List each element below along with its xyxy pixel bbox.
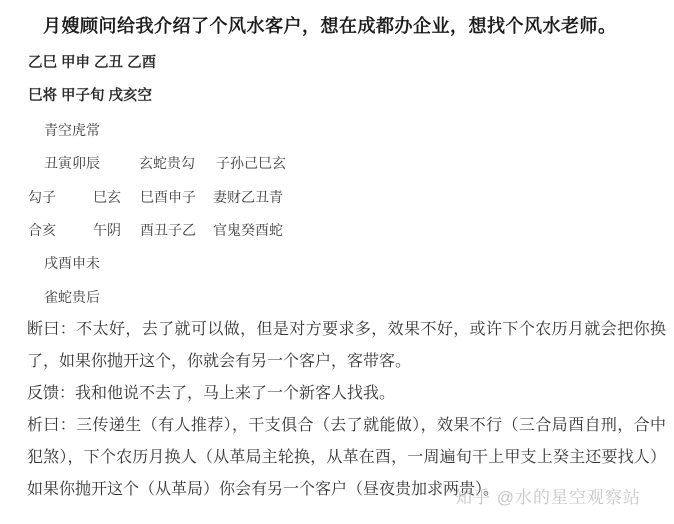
plate-row-generals-bottom: 雀蛇贵后 (0, 281, 674, 314)
question-title: 月嫂顾问给我介绍了个风水客户，想在成都办企业，想找个风水老师。 (28, 11, 652, 41)
plate-row-branches-bottom: 戌酉申未 (0, 247, 674, 280)
plate-row-generals-top: 青空虎常 (0, 114, 674, 147)
plate-cell: 雀蛇贵后 (44, 281, 100, 314)
plate-cell: 巳酉申子 (140, 181, 196, 214)
xun-kong-line: 巳将 甲子旬 戌亥空 (28, 80, 674, 113)
feedback-paragraph: 反馈：我和他说不去了，马上来了一个新客人找我。 (27, 378, 666, 410)
article-page: 月嫂顾问给我介绍了个风水客户，想在成都办企业，想找个风水老师。 乙巳 甲申 乙丑… (0, 11, 674, 506)
plate-cell: 合亥 (28, 214, 56, 247)
analysis-paragraph: 析曰：三传递生（有人推荐），干支俱合（去了就能做），效果不行（三合局酉自刑，合中… (27, 410, 666, 506)
plate-cell: 巳玄 (93, 181, 121, 214)
plate-row-middle-1: 勾子 巳玄 巳酉申子 妻财乙丑青 (0, 181, 674, 214)
plate-cell: 妻财乙丑青 (213, 181, 283, 214)
plate-cell: 酉丑子乙 (140, 214, 196, 247)
plate-cell: 子孙己巳玄 (216, 147, 286, 180)
four-pillars-line: 乙巳 甲申 乙丑 乙酉 (28, 47, 674, 80)
plate-row-middle-2: 合亥 午阴 酉丑子乙 官鬼癸酉蛇 (0, 214, 674, 247)
judgment-paragraph: 断曰：不太好，去了就可以做，但是对方要求多，效果不好，或许下个农历月就会把你换了… (27, 314, 666, 378)
plate-cell: 勾子 (28, 181, 56, 214)
plate-cell: 青空虎常 (44, 114, 100, 147)
plate-cell: 玄蛇贵勾 (139, 147, 195, 180)
plate-row-branches-top: 丑寅卯辰 玄蛇贵勾 子孙己巳玄 (0, 147, 674, 180)
plate-cell: 丑寅卯辰 (44, 147, 100, 180)
plate-cell: 午阴 (93, 214, 121, 247)
liuren-plate: 青空虎常 丑寅卯辰 玄蛇贵勾 子孙己巳玄 勾子 巳玄 巳酉申子 妻财乙丑青 合亥… (0, 114, 674, 314)
plate-cell: 戌酉申未 (44, 247, 100, 280)
plate-cell: 官鬼癸酉蛇 (213, 214, 283, 247)
